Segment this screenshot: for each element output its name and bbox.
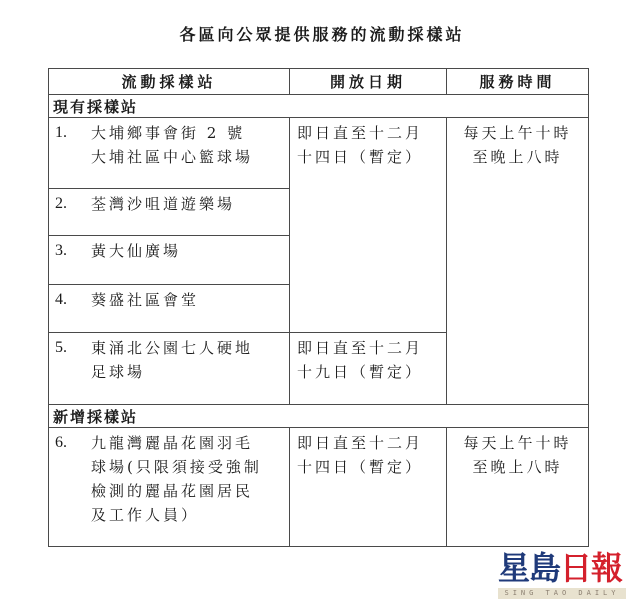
service-hours-line: 至晚上八時	[447, 455, 588, 479]
station-number: 2.	[55, 192, 91, 216]
station-number: 1.	[55, 121, 91, 169]
sing-tao-daily-logo: 星 島 日 報 SING TAO DAILY	[498, 550, 638, 606]
station-cell: 3. 黃大仙廣場	[49, 236, 290, 285]
open-date-line: 即日直至十二月	[297, 336, 442, 360]
station-name-line: 黃大仙廣場	[91, 239, 285, 263]
open-date-cell: 即日直至十二月 十四日（暫定）	[290, 428, 447, 547]
station-name-line: 葵盛社區會堂	[91, 288, 285, 312]
mobile-stations-table: 流動採樣站 開放日期 服務時間 現有採樣站 1. 大埔鄉事會街 2 號 大埔社區…	[48, 68, 589, 547]
open-date-cell: 即日直至十二月 十四日（暫定）	[290, 118, 447, 333]
station-number: 3.	[55, 239, 91, 263]
station-cell: 2. 荃灣沙咀道遊樂場	[49, 189, 290, 236]
service-hours-line: 每天上午十時	[447, 121, 588, 145]
station-cell: 4. 葵盛社區會堂	[49, 285, 290, 333]
document-title: 各區向公眾提供服務的流動採樣站	[0, 22, 644, 45]
service-hours-line: 每天上午十時	[447, 431, 588, 455]
header-service-hours: 服務時間	[447, 69, 589, 95]
station-number: 4.	[55, 288, 91, 312]
open-date-cell: 即日直至十二月 十九日（暫定）	[290, 333, 447, 405]
table-row: 6. 九龍灣麗晶花園羽毛 球場(只限須接受強制 檢測的麗晶花園居民 及工作人員）…	[49, 428, 589, 547]
logo-char: 日	[560, 550, 591, 586]
service-hours-cell: 每天上午十時 至晚上八時	[447, 428, 589, 547]
table-row: 1. 大埔鄉事會街 2 號 大埔社區中心籃球場 即日直至十二月 十四日（暫定） …	[49, 118, 589, 189]
station-name-line: 大埔社區中心籃球場	[91, 145, 285, 169]
station-name-line: 東涌北公園七人硬地	[91, 336, 285, 360]
logo-char: 星	[498, 550, 529, 586]
header-open-date: 開放日期	[290, 69, 447, 95]
section-row-existing: 現有採樣站	[49, 95, 589, 118]
logo-subtitle: SING TAO DAILY	[498, 588, 626, 599]
station-cell: 5. 東涌北公園七人硬地 足球場	[49, 333, 290, 405]
station-name-line: 九龍灣麗晶花園羽毛	[91, 431, 285, 455]
station-name-line: 檢測的麗晶花園居民	[91, 479, 285, 503]
open-date-line: 十四日（暫定）	[297, 455, 442, 479]
station-name-line: 荃灣沙咀道遊樂場	[91, 192, 285, 216]
header-station: 流動採樣站	[49, 69, 290, 95]
service-hours-line: 至晚上八時	[447, 145, 588, 169]
station-cell: 1. 大埔鄉事會街 2 號 大埔社區中心籃球場	[49, 118, 290, 189]
open-date-line: 即日直至十二月	[297, 121, 442, 145]
station-name-line: 大埔鄉事會街 2 號	[91, 121, 285, 145]
open-date-line: 十四日（暫定）	[297, 145, 442, 169]
logo-char: 報	[591, 550, 622, 586]
open-date-line: 十九日（暫定）	[297, 360, 442, 384]
section-row-new: 新增採樣站	[49, 405, 589, 428]
station-name-line: 及工作人員）	[91, 503, 285, 527]
service-hours-cell: 每天上午十時 至晚上八時	[447, 118, 589, 405]
station-number: 5.	[55, 336, 91, 384]
section-label-existing: 現有採樣站	[49, 95, 589, 118]
table-header-row: 流動採樣站 開放日期 服務時間	[49, 69, 589, 95]
section-label-new: 新增採樣站	[49, 405, 589, 428]
station-number: 6.	[55, 431, 91, 527]
open-date-line: 即日直至十二月	[297, 431, 442, 455]
station-name-line: 球場(只限須接受強制	[91, 455, 285, 479]
station-cell: 6. 九龍灣麗晶花園羽毛 球場(只限須接受強制 檢測的麗晶花園居民 及工作人員）	[49, 428, 290, 547]
logo-char: 島	[529, 550, 560, 586]
station-name-line: 足球場	[91, 360, 285, 384]
